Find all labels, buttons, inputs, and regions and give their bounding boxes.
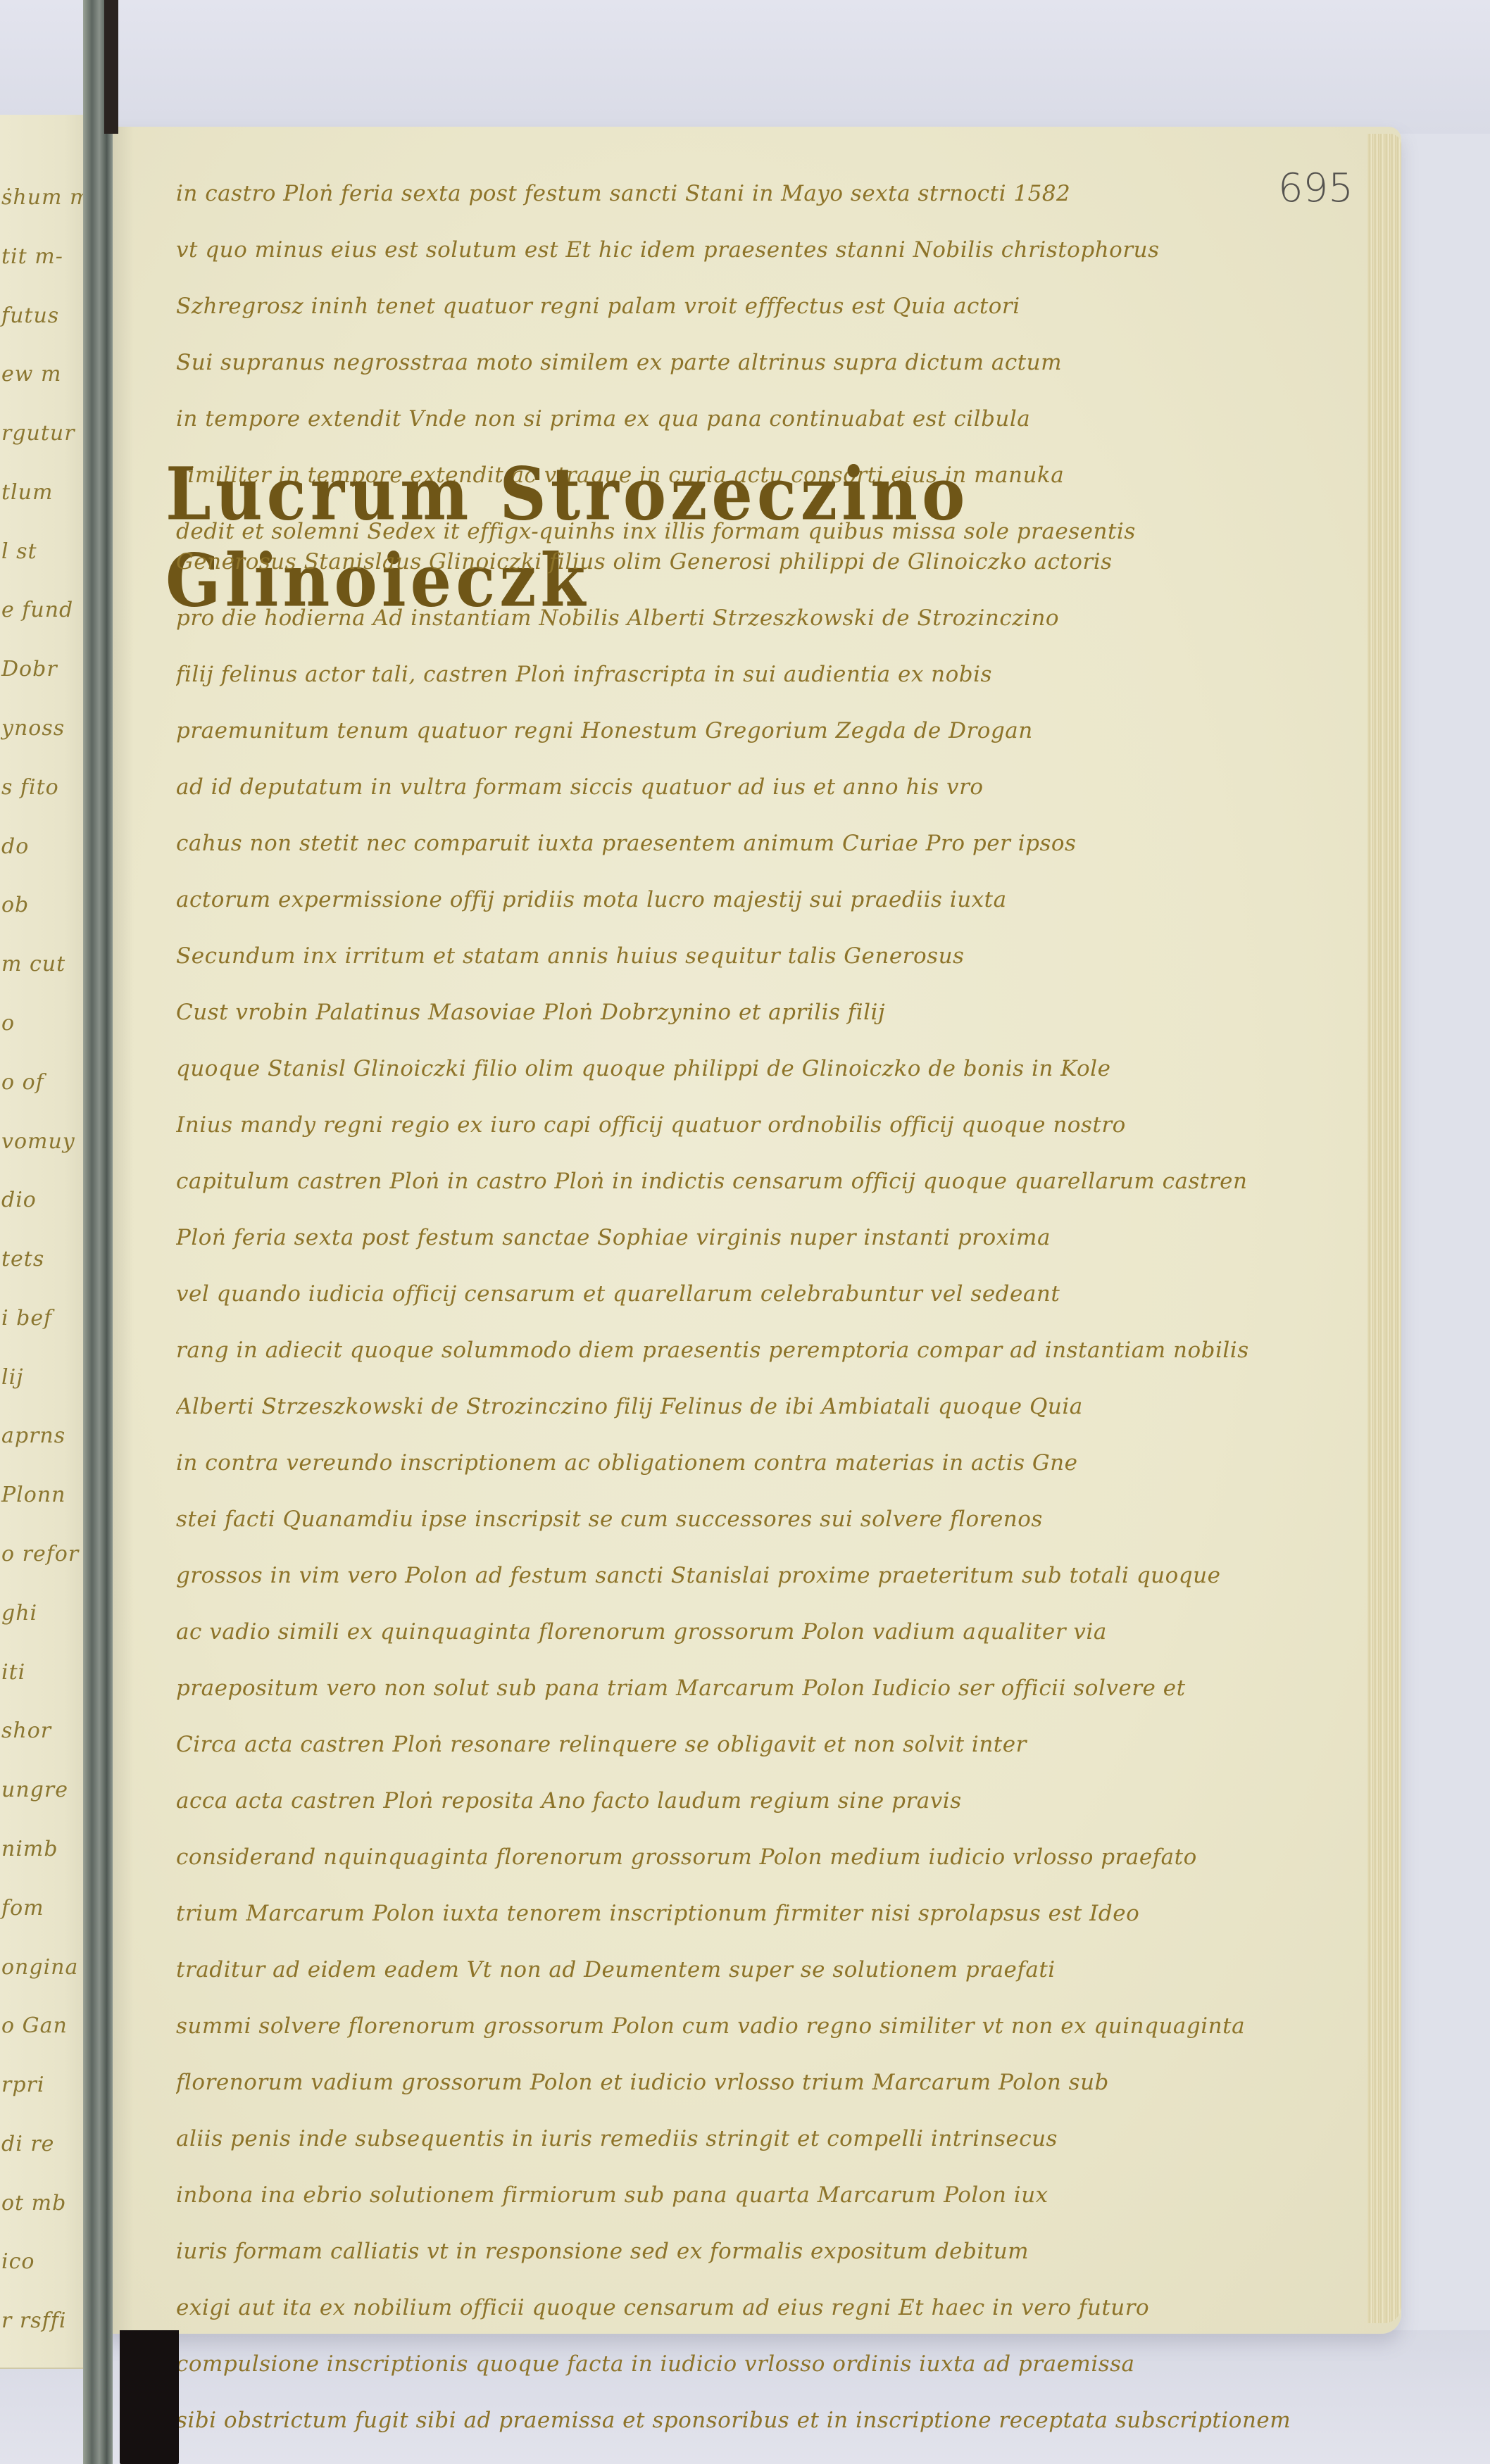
text-line: Circa acta castren Ploṅ resonare relinqu… — [176, 1716, 1373, 1773]
text-line: iuris formam calliatis vt in responsione… — [176, 2223, 1373, 2280]
text-line: actorum expermissione offij pridiis mota… — [176, 872, 1373, 928]
text-line: Sui supranus negrosstraa moto similem ex… — [176, 334, 1373, 391]
margin-text-fragment: ew m — [1, 362, 61, 386]
text-line: Inius mandy regni regio ex iuro capi off… — [176, 1097, 1373, 1153]
text-line: capitulum castren Ploṅ in castro Ploṅ in… — [176, 1153, 1373, 1209]
margin-text-fragment: do — [1, 834, 29, 859]
text-line: summi solvere florenorum grossorum Polon… — [176, 1998, 1373, 2054]
margin-text-fragment: rpri — [1, 2073, 44, 2097]
margin-text-fragment: tlum — [1, 480, 53, 505]
margin-text-fragment: rgutur — [1, 421, 75, 446]
margin-text-fragment: tets — [1, 1247, 44, 1271]
margin-text-fragment: tit m- — [1, 244, 63, 269]
text-line: in contra vereundo inscriptionem ac obli… — [176, 1435, 1373, 1491]
text-line: in tempore extendit Vnde non si prima ex… — [176, 391, 1373, 447]
margin-text-fragment: ob — [1, 893, 29, 917]
margin-text-fragment: o — [1, 1011, 15, 1036]
text-line: filij felinus actor tali, castren Ploṅ i… — [176, 646, 1373, 703]
text-line: Generosus Stanislaus Glinoiczki filius o… — [176, 534, 1373, 590]
text-line: trium Marcarum Polon iuxta tenorem inscr… — [176, 1885, 1373, 1942]
margin-text-fragment: ghi — [1, 1601, 37, 1626]
text-line: praemunitum tenum quatuor regni Honestum… — [176, 703, 1373, 759]
margin-text-fragment: fom — [1, 1896, 44, 1921]
text-line: cahus non stetit nec comparuit iuxta pra… — [176, 815, 1373, 872]
ribbon-bookmark — [120, 2330, 179, 2464]
text-line: inbona ina ebrio solutionem firmiorum su… — [176, 2167, 1373, 2223]
text-line: rang in adiecit quoque solummodo diem pr… — [176, 1322, 1373, 1378]
margin-text-fragment: r rsffi — [1, 2308, 66, 2333]
margin-text-fragment: futus — [1, 303, 59, 328]
text-line: considerand nquinquaginta florenorum gro… — [176, 1829, 1373, 1885]
text-line: Szhregrosz ininh tenet quatuor regni pal… — [176, 278, 1373, 334]
margin-text-fragment: dio — [1, 1188, 37, 1212]
text-line: pro die hodierna Ad instantiam Nobilis A… — [176, 590, 1373, 646]
text-line: ad id deputatum in vultra formam siccis … — [176, 759, 1373, 815]
margin-text-fragment: ico — [1, 2249, 35, 2274]
margin-text-fragment: Plonn — [1, 1483, 65, 1507]
text-line: Alberti Strzeszkowski de Strozinczino fi… — [176, 1378, 1373, 1435]
margin-text-fragment: l st — [1, 539, 37, 564]
margin-text-fragment: s fito — [1, 775, 59, 800]
margin-text-fragment: shor — [1, 1718, 51, 1743]
margin-text-fragment: ṡhum m — [1, 185, 90, 210]
margin-text-fragment: lij — [1, 1365, 24, 1390]
spine-shadow — [104, 0, 118, 134]
scan-background-top — [0, 0, 1490, 134]
entry-body: Generosus Stanislaus Glinoiczki filius o… — [176, 534, 1373, 2449]
text-line: florenorum vadium grossorum Polon et iud… — [176, 2054, 1373, 2111]
margin-text-fragment: ot mb — [1, 2191, 66, 2215]
margin-text-fragment: ynoss — [1, 716, 65, 741]
text-line: vel quando iudicia officij censarum et q… — [176, 1266, 1373, 1322]
text-line: quoque Stanisl Glinoiczki filio olim quo… — [176, 1041, 1373, 1097]
margin-text-fragment: aprns — [1, 1423, 65, 1448]
margin-text-fragment: o Gan — [1, 2013, 68, 2038]
margin-text-fragment: nimb — [1, 1837, 58, 1861]
text-line: stei facti Quanamdiu ipse inscripsit se … — [176, 1491, 1373, 1547]
margin-text-fragment: iti — [1, 1660, 25, 1685]
text-line: acca acta castren Ploṅ reposita Ano fact… — [176, 1773, 1373, 1829]
margin-text-fragment: o of — [1, 1070, 44, 1095]
margin-text-fragment: ongina — [1, 1955, 78, 1980]
margin-text-fragment: i bef — [1, 1306, 52, 1331]
text-line: Ploṅ feria sexta post festum sanctae Sop… — [176, 1209, 1373, 1266]
text-line: exigi aut ita ex nobilium officii quoque… — [176, 2280, 1373, 2336]
left-page-fragment: ṡhum mtit m-futusew mrguturtluml ste fun… — [0, 115, 92, 2369]
margin-text-fragment: e fund — [1, 598, 73, 622]
text-line: traditur ad eidem eadem Vt non ad Deumen… — [176, 1942, 1373, 1998]
binding-rod — [83, 0, 113, 2464]
manuscript-page: 695 in castro Ploṅ feria sexta post fest… — [106, 127, 1401, 2334]
margin-text-fragment: o refor — [1, 1542, 79, 1566]
text-line: aliis penis inde subsequentis in iuris r… — [176, 2111, 1373, 2167]
text-line: in castro Ploṅ feria sexta post festum s… — [176, 165, 1373, 222]
text-line: praepositum vero non solut sub pana tria… — [176, 1660, 1373, 1716]
text-line: grossos in vim vero Polon ad festum sanc… — [176, 1547, 1373, 1604]
margin-text-fragment: vomuy — [1, 1129, 75, 1154]
text-line: sibi obstrictum fugit sibi ad praemissa … — [176, 2392, 1373, 2449]
text-line: compulsione inscriptionis quoque facta i… — [176, 2336, 1373, 2392]
text-line: ac vadio simili ex quinquaginta florenor… — [176, 1604, 1373, 1660]
margin-text-fragment: di re — [1, 2132, 54, 2156]
margin-text-fragment: m cut — [1, 952, 65, 976]
text-line: Secundum inx irritum et statam annis hui… — [176, 928, 1373, 984]
text-line: Cust vrobin Palatinus Masoviae Ploṅ Dobr… — [176, 984, 1373, 1041]
text-line: vt quo minus eius est solutum est Et hic… — [176, 222, 1373, 278]
margin-text-fragment: ungre — [1, 1778, 68, 1802]
margin-text-fragment: Dobr — [1, 657, 58, 681]
